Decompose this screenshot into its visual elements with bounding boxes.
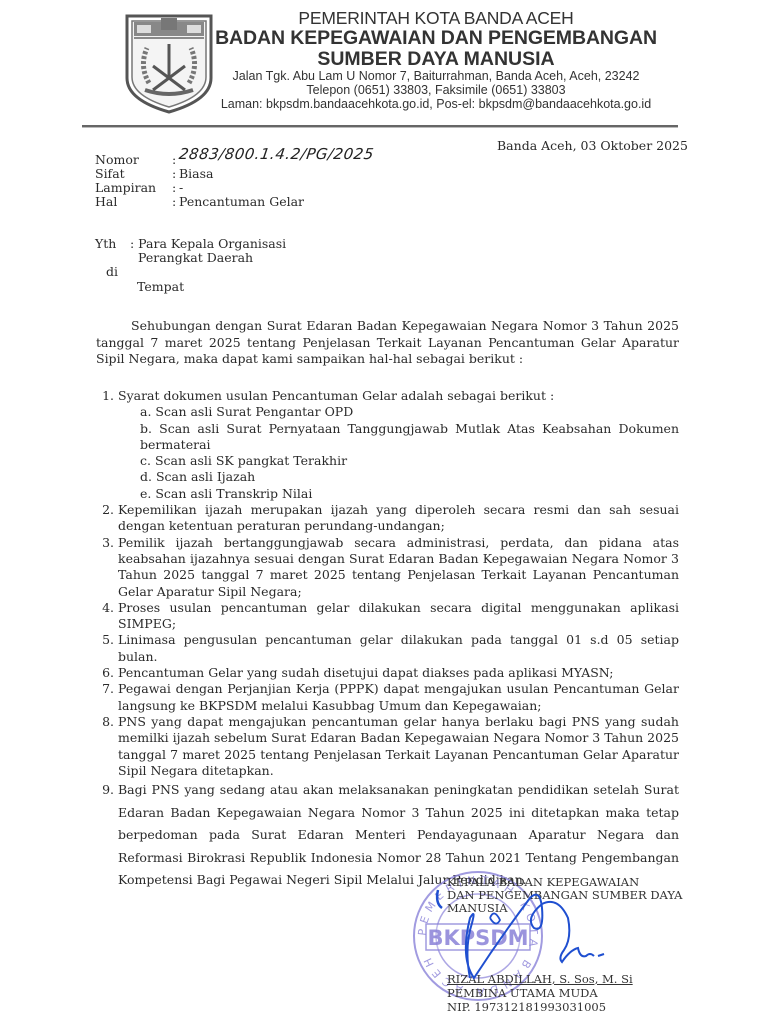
letterhead-agency-line1: BADAN KEPEGAWAIAN DAN PENGEMBANGAN — [210, 27, 662, 50]
sublist-item: a. Scan asli Surat Pengantar OPD — [118, 404, 679, 420]
addressee-line2: Perangkat Daerah — [138, 250, 253, 265]
list-item: 4.Proses usulan pencantuman gelar dilaku… — [96, 600, 679, 633]
addressee-label: Yth — [95, 236, 116, 251]
letterhead-phone: Telepon (0651) 33803, Faksimile (0651) 3… — [210, 83, 662, 97]
list-number: 2. — [96, 502, 114, 518]
sublist-text: Scan asli Ijazah — [156, 469, 255, 484]
meta-value: Biasa — [179, 166, 214, 181]
list-item: 2.Kepemilikan ijazah merupakan ijazah ya… — [96, 502, 679, 535]
list-text: Linimasa pengusulan pencantuman gelar di… — [118, 632, 679, 663]
sublist-text: Scan asli Surat Pengantar OPD — [155, 404, 353, 419]
meta-colon: : — [172, 152, 176, 167]
sublist-letter: e. — [140, 486, 151, 501]
list-item: 1. Syarat dokumen usulan Pencantuman Gel… — [96, 388, 679, 502]
meta-label: Hal — [95, 194, 171, 209]
list-text: Syarat dokumen usulan Pencantuman Gelar … — [118, 388, 554, 403]
list-number: 3. — [96, 535, 114, 551]
sublist-item: b. Scan asli Surat Pernyataan Tanggungja… — [118, 421, 679, 454]
meta-colon: : — [172, 180, 176, 195]
handwritten-signature-icon — [430, 878, 630, 988]
letterhead-website: Laman: bkpsdm.bandaacehkota.go.id, Pos-e… — [210, 97, 662, 111]
sublist-text: Scan asli SK pangkat Terakhir — [155, 453, 347, 468]
meta-value: - — [179, 180, 183, 195]
meta-value-handwritten: 2883/800.1.4.2/PG/2025 — [178, 147, 375, 162]
list-text: Kepemilikan ijazah merupakan ijazah yang… — [118, 502, 679, 533]
list-item: 3.Pemilik ijazah bertanggungjawab secara… — [96, 535, 679, 600]
list-text: Proses usulan pencantuman gelar dilakuka… — [118, 600, 679, 631]
opening-paragraph: Sehubungan dengan Surat Edaran Badan Kep… — [96, 318, 679, 368]
list-number: 1. — [96, 388, 114, 404]
letterhead-agency-line2: SUMBER DAYA MANUSIA — [210, 48, 662, 71]
sublist-letter: b. — [140, 421, 152, 436]
meta-label: Sifat — [95, 166, 171, 181]
list-item: 5.Linimasa pengusulan pencantuman gelar … — [96, 632, 679, 665]
list-item: 6.Pencantuman Gelar yang sudah disetujui… — [96, 665, 679, 681]
meta-colon: : — [172, 194, 176, 209]
addressee-place: Tempat — [137, 279, 184, 294]
sublist-letter: d. — [140, 469, 152, 484]
meta-value: Pencantuman Gelar — [179, 194, 304, 209]
letterhead-address: Jalan Tgk. Abu Lam U Nomor 7, Baiturrahm… — [210, 69, 662, 83]
list-item: 8.PNS yang dapat mengajukan pencantuman … — [96, 714, 679, 779]
list-number: 6. — [96, 665, 114, 681]
list-text: Pencantuman Gelar yang sudah disetujui d… — [118, 665, 614, 680]
list-number: 8. — [96, 714, 114, 730]
sublist-item: d. Scan asli Ijazah — [118, 469, 679, 485]
list-number: 4. — [96, 600, 114, 616]
meta-label: Lampiran — [95, 180, 171, 195]
letterhead-divider — [82, 125, 678, 128]
letter-date: Banda Aceh, 03 Oktober 2025 — [497, 138, 688, 153]
meta-label: Nomor — [95, 152, 171, 167]
list-text: PNS yang dapat mengajukan pencantuman ge… — [118, 714, 679, 778]
sublist-item: c. Scan asli SK pangkat Terakhir — [118, 453, 679, 469]
list-number: 5. — [96, 632, 114, 648]
city-coat-of-arms-icon — [121, 8, 217, 114]
list-text: Pegawai dengan Perjanjian Kerja (PPPK) d… — [118, 681, 679, 712]
signatory-rank: PEMBINA UTAMA MUDA — [447, 987, 598, 1001]
document-sublist: a. Scan asli Surat Pengantar OPD b. Scan… — [118, 404, 679, 502]
list-item: 7.Pegawai dengan Perjanjian Kerja (PPPK)… — [96, 681, 679, 714]
list-number: 7. — [96, 681, 114, 697]
addressee-line1: : Para Kepala Organisasi — [130, 236, 286, 251]
requirements-list: 1. Syarat dokumen usulan Pencantuman Gel… — [96, 388, 679, 892]
sublist-letter: c. — [140, 453, 151, 468]
letterhead-government: PEMERINTAH KOTA BANDA ACEH — [210, 8, 662, 29]
sublist-item: e. Scan asli Transkrip Nilai — [118, 486, 679, 502]
signatory-nip: NIP. 197312181993031005 — [447, 1001, 606, 1015]
sublist-text: Scan asli Surat Pernyataan Tanggungjawab… — [140, 421, 679, 452]
list-number: 9. — [96, 779, 114, 802]
addressee-di: di — [106, 264, 118, 279]
sublist-letter: a. — [140, 404, 151, 419]
meta-colon: : — [172, 166, 176, 181]
list-text: Bagi PNS yang sedang atau akan melaksana… — [118, 782, 679, 887]
sublist-text: Scan asli Transkrip Nilai — [155, 486, 312, 501]
list-text: Pemilik ijazah bertanggungjawab secara a… — [118, 535, 679, 599]
